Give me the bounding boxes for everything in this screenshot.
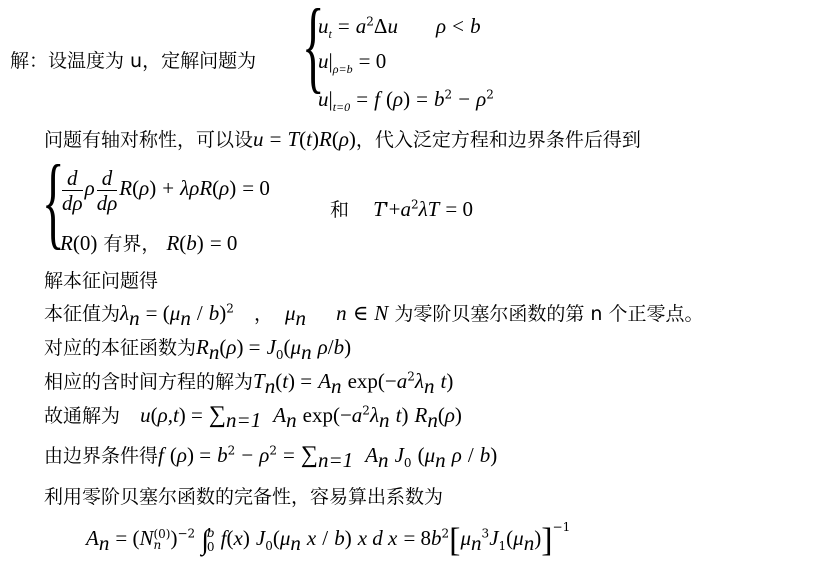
time-solution-line: 相应的含时间方程的解为Tn(t) = An exp(−a2λn t) xyxy=(44,370,453,393)
coefficients-formula: An = (N(0)n)−2 ∫b0 f(x) J0(μn x / b) x d… xyxy=(86,526,570,554)
initial-condition: u|t=0 = f (ρ) = b2 − ρ2 xyxy=(318,88,494,111)
radial-boundary: R(0) 有界， R(b) = 0 xyxy=(60,232,237,255)
eigenfunction-text: 对应的本征函数为 xyxy=(44,337,196,359)
problem-intro: 解：设温度为 u，定解问题为 xyxy=(10,50,256,72)
separation-line: 问题有轴对称性，可以设u = T(t)R(ρ)，代入泛定方程和边界条件后得到 xyxy=(44,128,641,151)
coefficients-text: 利用零阶贝塞尔函数的完备性，容易算出系数为 xyxy=(44,486,443,508)
eigenvalue-line: 本征值为λn = (μn / b)2 ， μn n ∈ N 为零阶贝塞尔函数的第… xyxy=(44,302,703,325)
eigenvalue-text: 本征值为 xyxy=(44,303,120,325)
time-equation-line: 和 T'+a2λT = 0 xyxy=(330,198,473,221)
general-solution-text: 故通解为 xyxy=(44,405,120,427)
boundary-expansion-line: 由边界条件得f (ρ) = b2 − ρ2 = ∑n=1 An J0 (μn ρ… xyxy=(44,444,497,467)
boundary-condition: u|ρ=b = 0 xyxy=(318,50,386,73)
and-label: 和 xyxy=(330,199,349,221)
mu-description: 为零阶贝塞尔函数的第 n 个正零点。 xyxy=(394,303,703,325)
radial-equation: ddρρddρR(ρ) + λρR(ρ) = 0 xyxy=(60,164,270,215)
coefficients-text-line: 利用零阶贝塞尔函数的完备性，容易算出系数为 xyxy=(44,486,443,508)
separation-text-after: ，代入泛定方程和边界条件后得到 xyxy=(356,129,641,151)
problem-intro-text: 解：设温度为 u，定解问题为 xyxy=(10,50,256,72)
eigenfunction-line: 对应的本征函数为Rn(ρ) = J0(μn ρ/b) xyxy=(44,336,351,359)
boundary-text: 由边界条件得 xyxy=(44,445,158,467)
eigen-heading: 解本征问题得 xyxy=(44,270,158,292)
general-solution-line: 故通解为 u(ρ,t) = ∑n=1 An exp(−a2λn t) Rn(ρ) xyxy=(44,404,462,427)
eigen-heading-text: 解本征问题得 xyxy=(44,270,158,292)
separation-text-before: 问题有轴对称性，可以设 xyxy=(44,129,253,151)
time-solution-text: 相应的含时间方程的解为 xyxy=(44,371,253,393)
pde-equation: ut = a2Δu ρ < b xyxy=(318,15,481,38)
